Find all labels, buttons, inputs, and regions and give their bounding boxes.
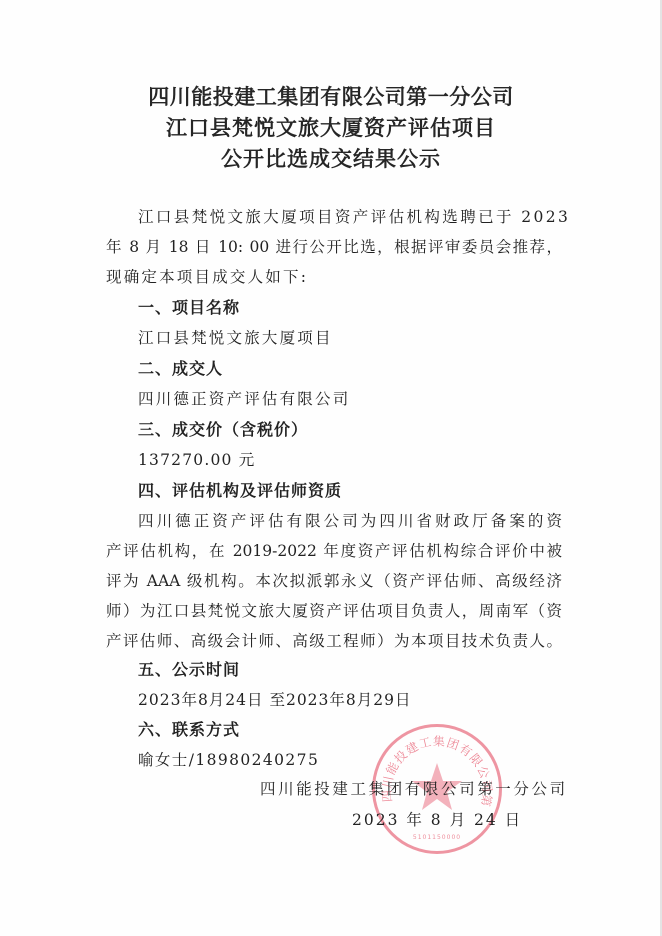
signature-date: 2023 年 8 月 24 日	[352, 808, 522, 830]
section-heading-project-name: 一、项目名称	[138, 297, 594, 319]
document-title-line-1: 四川能投建工集团有限公司第一分公司	[0, 82, 662, 112]
section-heading-qualifications: 四、评估机构及评估师资质	[138, 480, 594, 502]
qualifications-line-5: 产评估师、高级会计师、高级工程师）为本项目技术负责人。	[106, 630, 562, 652]
section-heading-winning-bidder: 二、成交人	[138, 358, 594, 380]
qualifications-line-3: 评为 AAA 级机构。本次拟派郭永义（资产评估师、高级经济	[106, 570, 562, 592]
publicity-period-value: 2023年8月24日 至2023年8月29日	[138, 689, 594, 711]
section-heading-transaction-price: 三、成交价（含税价）	[138, 419, 594, 441]
transaction-price-value: 137270.00 元	[138, 449, 594, 471]
document-title-line-3: 公开比选成交结果公示	[0, 144, 662, 174]
document-page: 四川能投建工集团有限公司第一分公司 江口县梵悦文旅大厦资产评估项目 公开比选成交…	[0, 0, 662, 936]
winning-bidder-value: 四川德正资产评估有限公司	[138, 388, 594, 410]
seal-code: 5101150000	[413, 834, 461, 841]
qualifications-line-4: 师）为江口县梵悦文旅大厦资产评估项目负责人，周南军（资	[106, 600, 562, 622]
project-name-value: 江口县梵悦文旅大厦项目	[138, 327, 594, 349]
signature-organization: 四川能投建工集团有限公司第一分公司	[260, 777, 560, 799]
qualifications-line-1: 四川德正资产评估有限公司为四川省财政厅备案的资	[138, 510, 562, 532]
intro-line-3: 现确定本项目成交人如下:	[106, 266, 562, 288]
qualifications-line-2: 产评估机构，在 2019-2022 年度资产评估机构综合评价中被	[106, 540, 562, 562]
intro-line-2: 年 8 月 18 日 10: 00 进行公开比选，根据评审委员会推荐，	[106, 236, 562, 258]
intro-line-1: 江口县梵悦文旅大厦项目资产评估机构选聘已于 2023	[138, 206, 594, 228]
document-title-line-2: 江口县梵悦文旅大厦资产评估项目	[0, 113, 662, 143]
section-heading-publicity-period: 五、公示时间	[138, 659, 594, 681]
section-heading-contact: 六、联系方式	[138, 719, 594, 741]
contact-value: 喻女士/18980240275	[138, 749, 594, 771]
